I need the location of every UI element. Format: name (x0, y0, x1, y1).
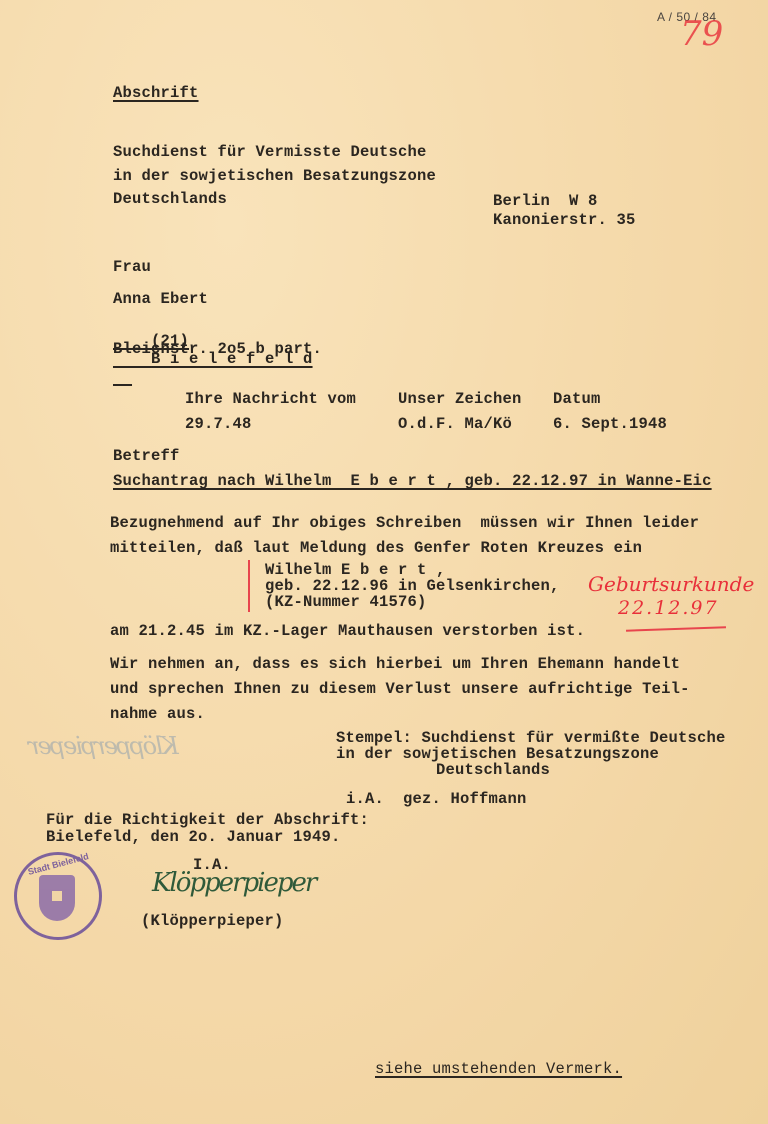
body-p1-line3: am 21.2.45 im KZ.-Lager Mauthausen verst… (110, 622, 585, 640)
document-heading: Abschrift (113, 84, 199, 102)
body-p2-line3: nahme aus. (110, 705, 205, 723)
coat-of-arms-icon (39, 875, 75, 921)
stamp-line-3: Deutschlands (436, 762, 550, 778)
faint-bleedthrough-signature: Klöpperpieper (30, 732, 179, 760)
footer-note: siehe umstehenden Vermerk. (375, 1060, 622, 1078)
stamp-line-1: Stempel: Suchdienst für vermißte Deutsch… (336, 730, 726, 746)
sender-city: Berlin W 8 (493, 192, 598, 210)
indent-line-2: geb. 22.12.96 in Gelsenkirchen, (265, 579, 560, 594)
sender-street: Kanonierstr. 35 (493, 211, 636, 229)
recipient-name: Anna Ebert (113, 290, 208, 308)
signed-by-hoffmann: i.A. gez. Hoffmann (346, 790, 527, 808)
indent-line-1: Wilhelm E b e r t , (265, 563, 446, 578)
value-our-sign: O.d.F. Ma/Kö (398, 415, 512, 433)
stamp-line-2: in der sowjetischen Besatzungszone (336, 746, 659, 762)
value-date: 6. Sept.1948 (553, 415, 667, 433)
handwritten-annotation-word: Geburtsurkunde (588, 572, 754, 596)
handwritten-signature: Klöpperpieper (152, 868, 315, 898)
body-p1-line1: Bezugnehmend auf Ihr obiges Schreiben mü… (110, 514, 699, 532)
certification-line-1: Für die Richtigkeit der Abschrift: (46, 812, 369, 828)
label-our-sign: Unser Zeichen (398, 390, 522, 408)
value-your-message: 29.7.48 (185, 415, 252, 433)
handwritten-annotation-date: 22.12.97 (618, 597, 719, 619)
sender-line-1: Suchdienst für Vermisste Deutsche (113, 143, 427, 161)
handwritten-page-mark: 79 (680, 14, 723, 54)
body-p2-line2: und sprechen Ihnen zu diesem Verlust uns… (110, 680, 690, 698)
label-your-message: Ihre Nachricht vom (185, 390, 356, 408)
body-p2-line1: Wir nehmen an, dass es sich hierbei um I… (110, 655, 680, 673)
recipient-street: Bleichstr. 2o5 b part. (113, 340, 322, 358)
label-date: Datum (553, 390, 601, 408)
body-p1-line2: mitteilen, daß laut Meldung des Genfer R… (110, 539, 642, 557)
certification-line-2: Bielefeld, den 2o. Januar 1949. (46, 829, 341, 845)
recipient-salutation: Frau (113, 258, 151, 276)
city-seal-stamp: Stadt Bielefeld (14, 852, 102, 940)
red-margin-mark (248, 560, 250, 612)
sender-line-3: Deutschlands (113, 190, 227, 208)
typed-signatory-name: (Klöpperpieper) (141, 912, 284, 930)
subject-text: Suchantrag nach Wilhelm E b e r t , geb.… (113, 472, 712, 490)
stamp-caption: Stadt Bielefeld (27, 851, 90, 877)
red-underline-mark (626, 626, 726, 631)
subject-label: Betreff (113, 447, 180, 465)
sender-line-2: in der sowjetischen Besatzungszone (113, 167, 436, 185)
indent-line-3: (KZ-Nummer 41576) (265, 595, 427, 610)
